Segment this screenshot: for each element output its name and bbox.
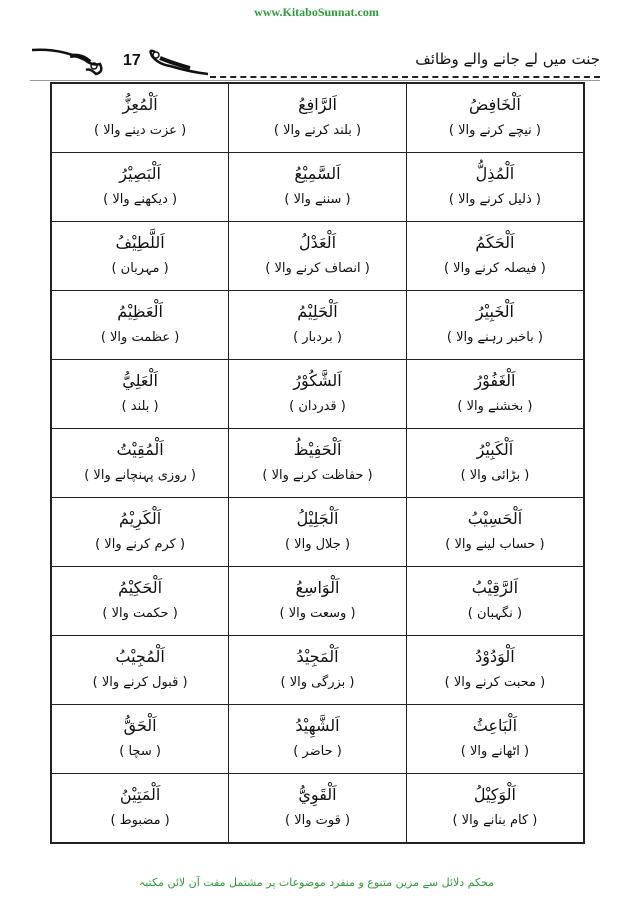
name-cell: اَلْبَصِيْرُ( دیکھنے والا ) [51, 153, 229, 222]
name-cell: اَلْوَاسِعُ( وسعت والا ) [229, 567, 407, 636]
table-row: اَلْبَاعِثُ( اٹھانے والا )اَلشَّهِيْدُ( … [51, 705, 584, 774]
name-cell: اَلْقَوِيُّ( قوت والا ) [229, 774, 407, 844]
name-meaning: ( کام بنانے والا ) [407, 808, 583, 834]
name-meaning: ( جلال والا ) [229, 532, 406, 558]
divine-name: اَلْحَلِيْمُ [229, 299, 406, 325]
name-meaning: ( بلند کرنے والا ) [229, 118, 406, 144]
divine-name: اَلسَّمِيْعُ [229, 161, 406, 187]
name-meaning: ( اٹھانے والا ) [407, 739, 583, 765]
table-row: اَلْوَدُوْدُ( محبت کرنے والا )اَلْمَجِيْ… [51, 636, 584, 705]
name-meaning: ( حکمت والا ) [52, 601, 228, 627]
name-cell: اَلْكَرِيْمُ( کرم کرنے والا ) [51, 498, 229, 567]
decorative-ornament-icon [30, 46, 210, 76]
name-cell: اَلرَّافِعُ( بلند کرنے والا ) [229, 83, 407, 153]
name-meaning: ( باخبر رہنے والا ) [407, 325, 583, 351]
divine-name: اَلْخَبِيْرُ [407, 299, 583, 325]
name-cell: اَلْمُقِيْتُ( روزی پہنچانے والا ) [51, 429, 229, 498]
name-meaning: ( مضبوط ) [52, 808, 228, 834]
footer-text: محکم دلائل سے مزین متنوع و منفرد موضوعات… [0, 876, 633, 889]
name-cell: اَلْمَجِيْدُ( بزرگی والا ) [229, 636, 407, 705]
divine-name: اَلْوَكِيْلُ [407, 782, 583, 808]
divine-name: اَلْحَسِيْبُ [407, 506, 583, 532]
divine-name: اَلْمُذِلُّ [407, 161, 583, 187]
divine-name: اَلْقَوِيُّ [229, 782, 406, 808]
divine-name: اَلْحَكَمُ [407, 230, 583, 256]
divine-name: اَلْعَدْلُ [229, 230, 406, 256]
name-meaning: ( محبت کرنے والا ) [407, 670, 583, 696]
divine-name: اَلْمَجِيْدُ [229, 644, 406, 670]
name-cell: اَلْحَفِيْظُ( حفاظت کرنے والا ) [229, 429, 407, 498]
names-table: اَلْخَافِضُ( نیچے کرنے والا )اَلرَّافِعُ… [50, 82, 585, 844]
divine-name: اَلْجَلِيْلُ [229, 506, 406, 532]
name-meaning: ( بڑائی والا ) [407, 463, 583, 489]
table-row: اَلْخَبِيْرُ( باخبر رہنے والا )اَلْحَلِي… [51, 291, 584, 360]
divine-name: اَلْعَلِيُّ [52, 368, 228, 394]
name-meaning: ( وسعت والا ) [229, 601, 406, 627]
divine-name: اَلْمَتِيْنُ [52, 782, 228, 808]
name-cell: اَلسَّمِيْعُ( سننے والا ) [229, 153, 407, 222]
name-cell: اَلْمُعِزُّ( عزت دینے والا ) [51, 83, 229, 153]
name-meaning: ( قوت والا ) [229, 808, 406, 834]
name-cell: اَلْحَكِيْمُ( حکمت والا ) [51, 567, 229, 636]
name-cell: اَلْعَلِيُّ( بلند ) [51, 360, 229, 429]
name-meaning: ( فیصلہ کرنے والا ) [407, 256, 583, 282]
name-cell: اَلرَّقِيْبُ( نگہبان ) [406, 567, 584, 636]
name-cell: اَللَّطِيْفُ( مہربان ) [51, 222, 229, 291]
name-cell: اَلْخَافِضُ( نیچے کرنے والا ) [406, 83, 584, 153]
name-cell: اَلْوَكِيْلُ( کام بنانے والا ) [406, 774, 584, 844]
table-row: اَلْكَبِيْرُ( بڑائی والا )اَلْحَفِيْظُ( … [51, 429, 584, 498]
name-meaning: ( دیکھنے والا ) [52, 187, 228, 213]
table-row: اَلْحَسِيْبُ( حساب لینے والا )اَلْجَلِيْ… [51, 498, 584, 567]
divine-name: اَلْمُقِيْتُ [52, 437, 228, 463]
divine-name: اَلْوَدُوْدُ [407, 644, 583, 670]
name-meaning: ( نیچے کرنے والا ) [407, 118, 583, 144]
divine-name: اَلْكَبِيْرُ [407, 437, 583, 463]
divine-name: اَلرَّقِيْبُ [407, 575, 583, 601]
name-cell: اَلْمُذِلُّ( ذلیل کرنے والا ) [406, 153, 584, 222]
name-cell: اَلْجَلِيْلُ( جلال والا ) [229, 498, 407, 567]
name-cell: اَلْحَلِيْمُ( بردبار ) [229, 291, 407, 360]
table-row: اَلْخَافِضُ( نیچے کرنے والا )اَلرَّافِعُ… [51, 83, 584, 153]
name-meaning: ( عظمت والا ) [52, 325, 228, 351]
name-cell: اَلْبَاعِثُ( اٹھانے والا ) [406, 705, 584, 774]
table-row: اَلْحَكَمُ( فیصلہ کرنے والا )اَلْعَدْلُ(… [51, 222, 584, 291]
name-cell: اَلْحَقُّ( سچا ) [51, 705, 229, 774]
name-cell: اَلْمَتِيْنُ( مضبوط ) [51, 774, 229, 844]
divine-name: اَلْعَظِيْمُ [52, 299, 228, 325]
name-cell: اَلْحَكَمُ( فیصلہ کرنے والا ) [406, 222, 584, 291]
divine-name: اَلرَّافِعُ [229, 92, 406, 118]
name-meaning: ( نگہبان ) [407, 601, 583, 627]
name-cell: اَلْوَدُوْدُ( محبت کرنے والا ) [406, 636, 584, 705]
divine-name: اَلشَّكُوْرُ [229, 368, 406, 394]
divine-name: اَلْغَفُوْرُ [407, 368, 583, 394]
name-cell: اَلْكَبِيْرُ( بڑائی والا ) [406, 429, 584, 498]
divine-name: اَلْخَافِضُ [407, 92, 583, 118]
name-meaning: ( مہربان ) [52, 256, 228, 282]
divine-name: اَلْبَصِيْرُ [52, 161, 228, 187]
name-cell: اَلشَّكُوْرُ( قدردان ) [229, 360, 407, 429]
name-meaning: ( بزرگی والا ) [229, 670, 406, 696]
divine-name: اَلشَّهِيْدُ [229, 713, 406, 739]
names-table-body: اَلْخَافِضُ( نیچے کرنے والا )اَلرَّافِعُ… [51, 83, 584, 843]
name-meaning: ( ذلیل کرنے والا ) [407, 187, 583, 213]
name-cell: اَلْعَدْلُ( انصاف کرنے والا ) [229, 222, 407, 291]
name-meaning: ( بلند ) [52, 394, 228, 420]
name-cell: اَلْحَسِيْبُ( حساب لینے والا ) [406, 498, 584, 567]
name-cell: اَلْخَبِيْرُ( باخبر رہنے والا ) [406, 291, 584, 360]
table-row: اَلرَّقِيْبُ( نگہبان )اَلْوَاسِعُ( وسعت … [51, 567, 584, 636]
running-title: جنت میں لے جانے والے وظائف [415, 50, 600, 68]
table-row: اَلْغَفُوْرُ( بخشنے والا )اَلشَّكُوْرُ( … [51, 360, 584, 429]
page-header: 17 جنت میں لے جانے والے وظائف [30, 44, 600, 80]
name-meaning: ( قبول کرنے والا ) [52, 670, 228, 696]
divine-name: اَللَّطِيْفُ [52, 230, 228, 256]
header-rule-thin [30, 80, 600, 81]
name-meaning: ( سننے والا ) [229, 187, 406, 213]
name-meaning: ( حساب لینے والا ) [407, 532, 583, 558]
header-rule [210, 76, 600, 78]
name-meaning: ( انصاف کرنے والا ) [229, 256, 406, 282]
name-meaning: ( عزت دینے والا ) [52, 118, 228, 144]
divine-name: اَلْحَفِيْظُ [229, 437, 406, 463]
divine-name: اَلْحَكِيْمُ [52, 575, 228, 601]
name-meaning: ( قدردان ) [229, 394, 406, 420]
watermark-url: www.KitaboSunnat.com [0, 5, 633, 20]
name-cell: اَلْغَفُوْرُ( بخشنے والا ) [406, 360, 584, 429]
name-cell: اَلْمُجِيْبُ( قبول کرنے والا ) [51, 636, 229, 705]
divine-name: اَلْمُجِيْبُ [52, 644, 228, 670]
name-meaning: ( بخشنے والا ) [407, 394, 583, 420]
divine-name: اَلْمُعِزُّ [52, 92, 228, 118]
divine-name: اَلْبَاعِثُ [407, 713, 583, 739]
table-row: اَلْمُذِلُّ( ذلیل کرنے والا )اَلسَّمِيْع… [51, 153, 584, 222]
name-meaning: ( حاضر ) [229, 739, 406, 765]
name-meaning: ( روزی پہنچانے والا ) [52, 463, 228, 489]
table-row: اَلْوَكِيْلُ( کام بنانے والا )اَلْقَوِيُ… [51, 774, 584, 844]
divine-name: اَلْحَقُّ [52, 713, 228, 739]
name-meaning: ( حفاظت کرنے والا ) [229, 463, 406, 489]
divine-name: اَلْكَرِيْمُ [52, 506, 228, 532]
name-meaning: ( بردبار ) [229, 325, 406, 351]
name-cell: اَلْعَظِيْمُ( عظمت والا ) [51, 291, 229, 360]
page-number: 17 [123, 52, 141, 70]
name-meaning: ( کرم کرنے والا ) [52, 532, 228, 558]
name-cell: اَلشَّهِيْدُ( حاضر ) [229, 705, 407, 774]
name-meaning: ( سچا ) [52, 739, 228, 765]
divine-name: اَلْوَاسِعُ [229, 575, 406, 601]
